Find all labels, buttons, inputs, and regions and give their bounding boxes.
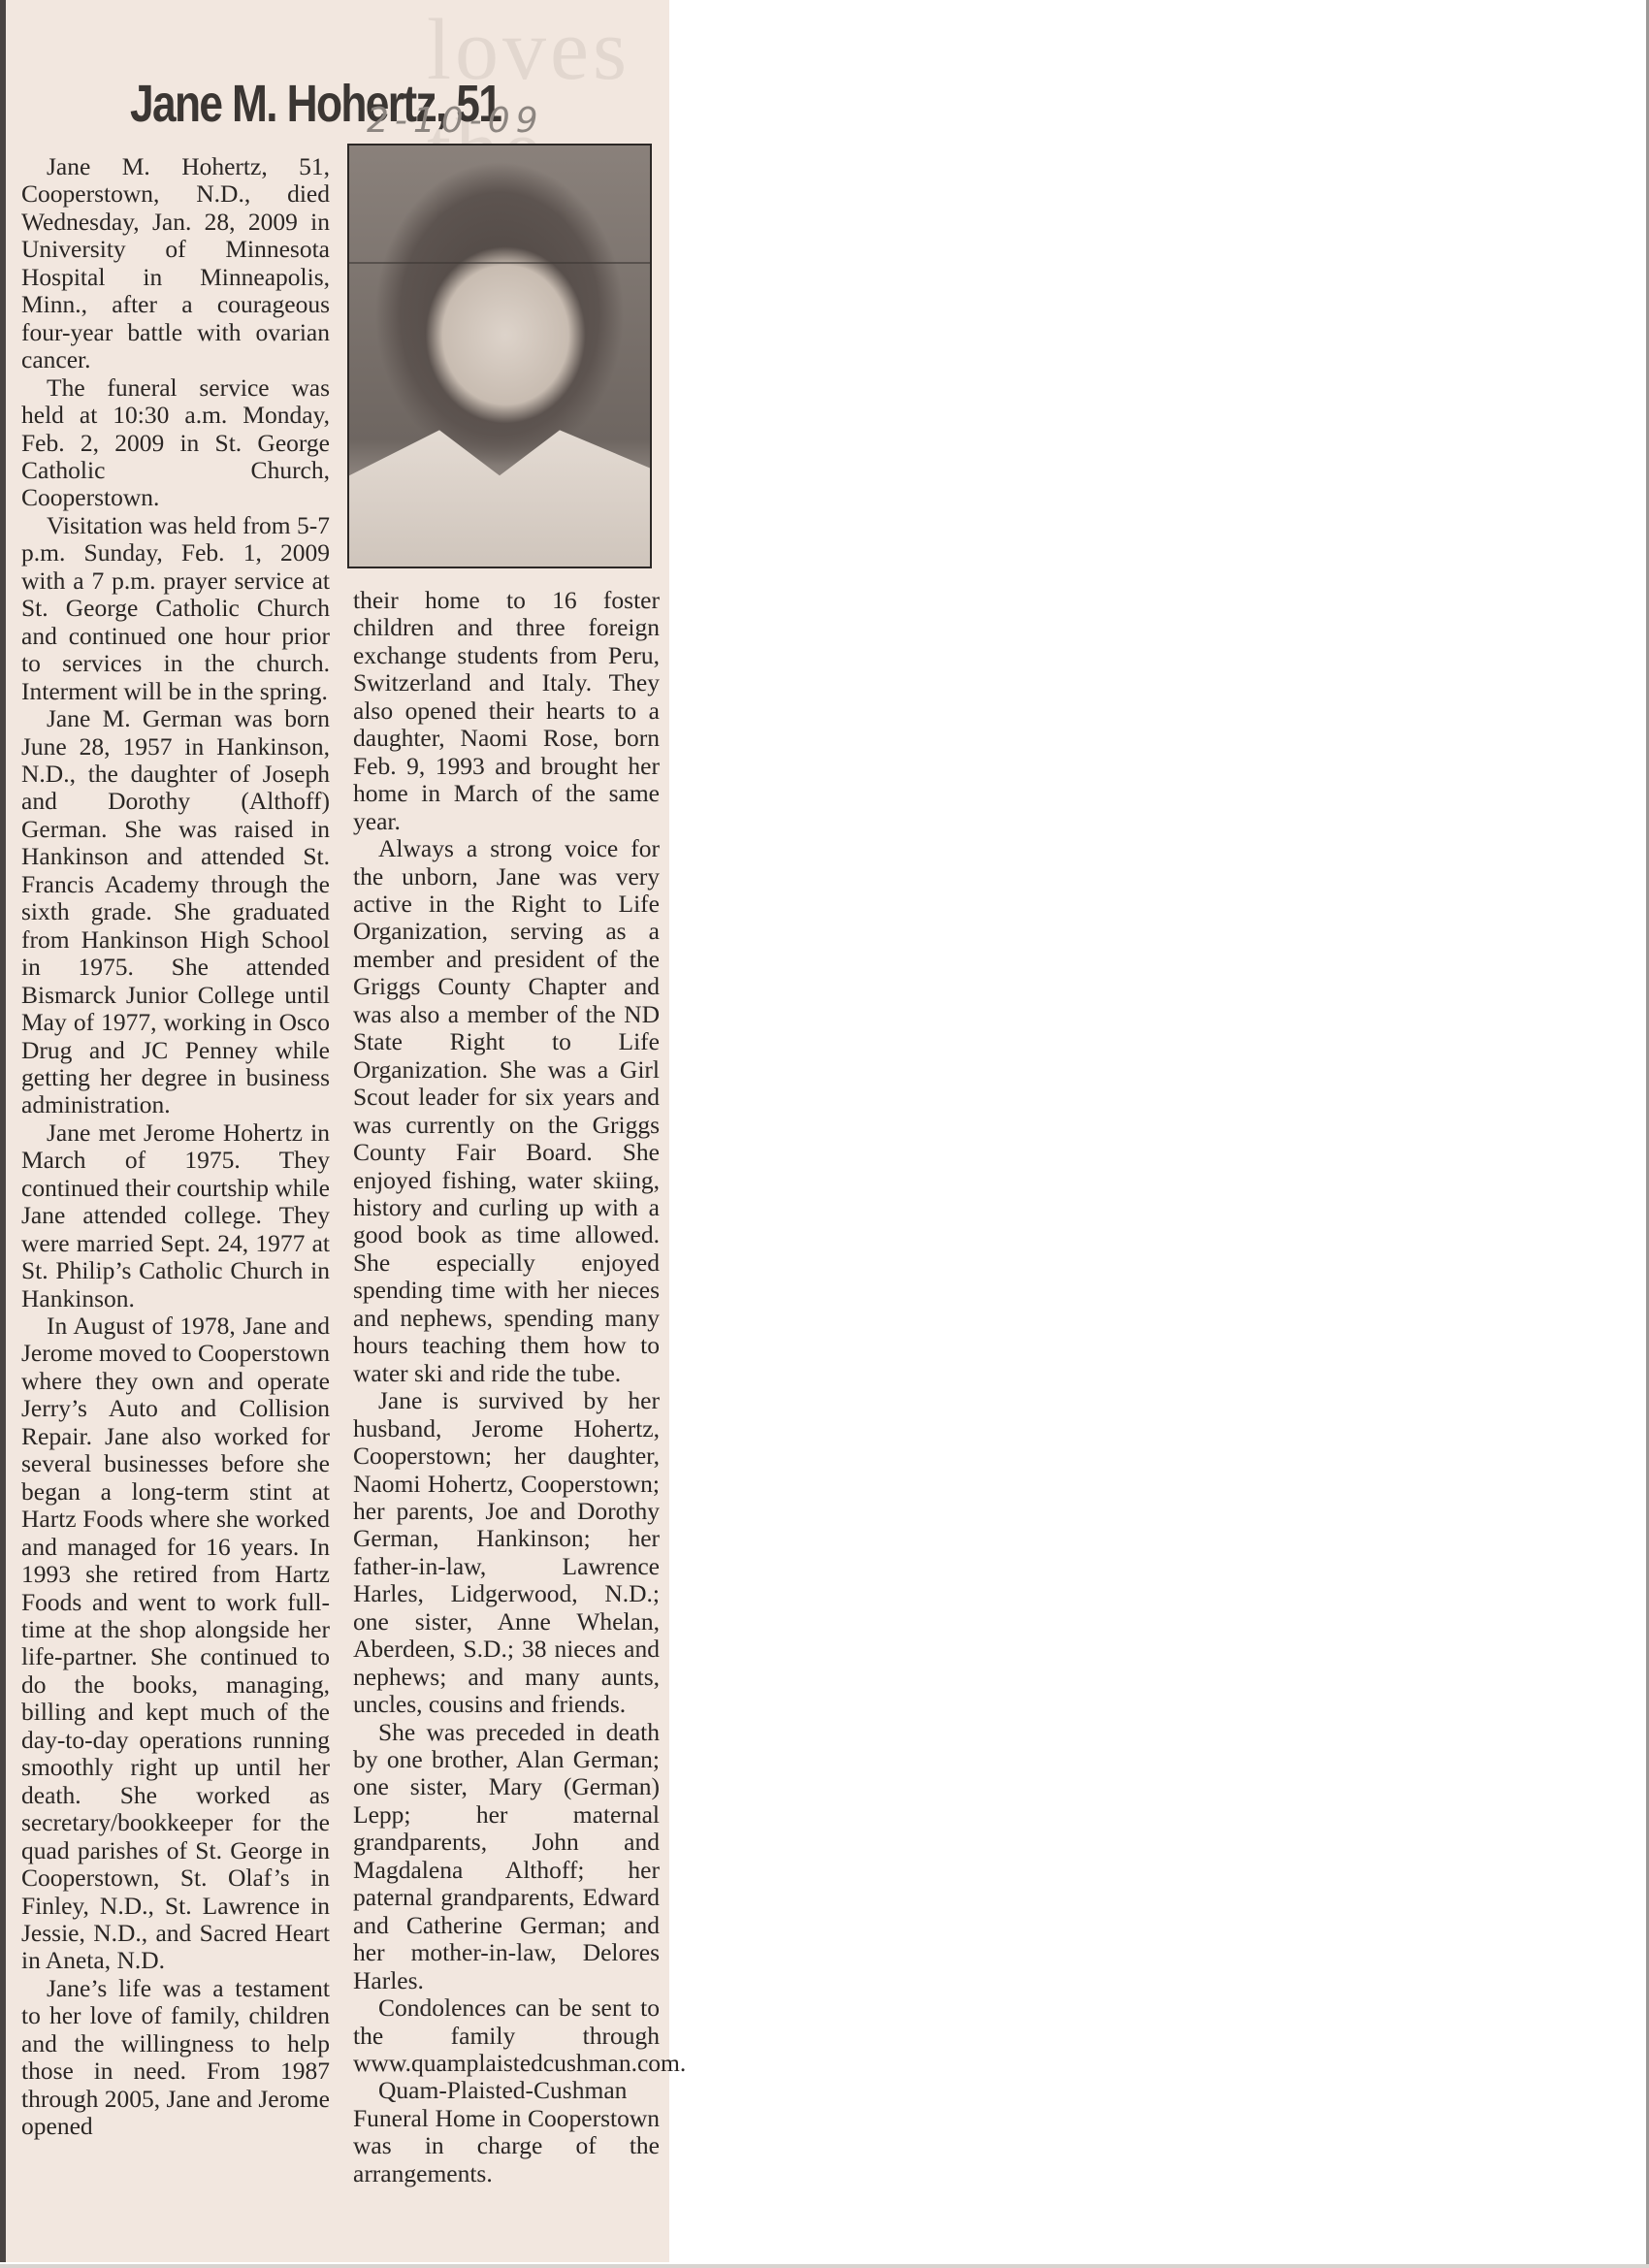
paper-crease bbox=[349, 262, 650, 264]
scan-bottom-edge bbox=[0, 2264, 1649, 2268]
paragraph-marriage: Jane met Jerome Hohertz in March of 1975… bbox=[21, 1119, 330, 1312]
paragraph-preceded: She was preceded in death by one brother… bbox=[353, 1719, 660, 1995]
paragraph-activities: Always a strong voice for the unborn, Ja… bbox=[353, 835, 660, 1387]
newspaper-clipping: loves the Jane M. Hohertz, 51 2-10-09 Ja… bbox=[0, 0, 669, 2262]
photo-shirt-shape bbox=[349, 415, 650, 567]
article-column-1: Jane M. Hohertz, 51, Cooperstown, N.D., … bbox=[21, 153, 330, 2141]
paragraph-survivors: Jane is survived by her husband, Jerome … bbox=[353, 1387, 660, 1718]
paragraph-condolences: Condolences can be sent to the family th… bbox=[353, 1994, 660, 2077]
paragraph-foster-children: their home to 16 foster children and thr… bbox=[353, 587, 660, 835]
paragraph-career: In August of 1978, Jane and Jerome moved… bbox=[21, 1312, 330, 1975]
paragraph-death-notice: Jane M. Hohertz, 51, Cooperstown, N.D., … bbox=[21, 153, 330, 374]
paragraph-early-life: Jane M. German was born June 28, 1957 in… bbox=[21, 705, 330, 1119]
paragraph-family-life: Jane’s life was a testament to her love … bbox=[21, 1975, 330, 2141]
paragraph-visitation: Visitation was held from 5-7 p.m. Sunday… bbox=[21, 512, 330, 705]
paragraph-funeral-service: The funeral service was held at 10:30 a.… bbox=[21, 374, 330, 512]
article-column-2: their home to 16 foster children and thr… bbox=[353, 587, 660, 2187]
handwritten-date: 2-10-09 bbox=[367, 101, 544, 141]
paragraph-funeral-home: Quam-Plaisted-Cushman Funeral Home in Co… bbox=[353, 2077, 660, 2187]
portrait-photo bbox=[347, 144, 652, 568]
